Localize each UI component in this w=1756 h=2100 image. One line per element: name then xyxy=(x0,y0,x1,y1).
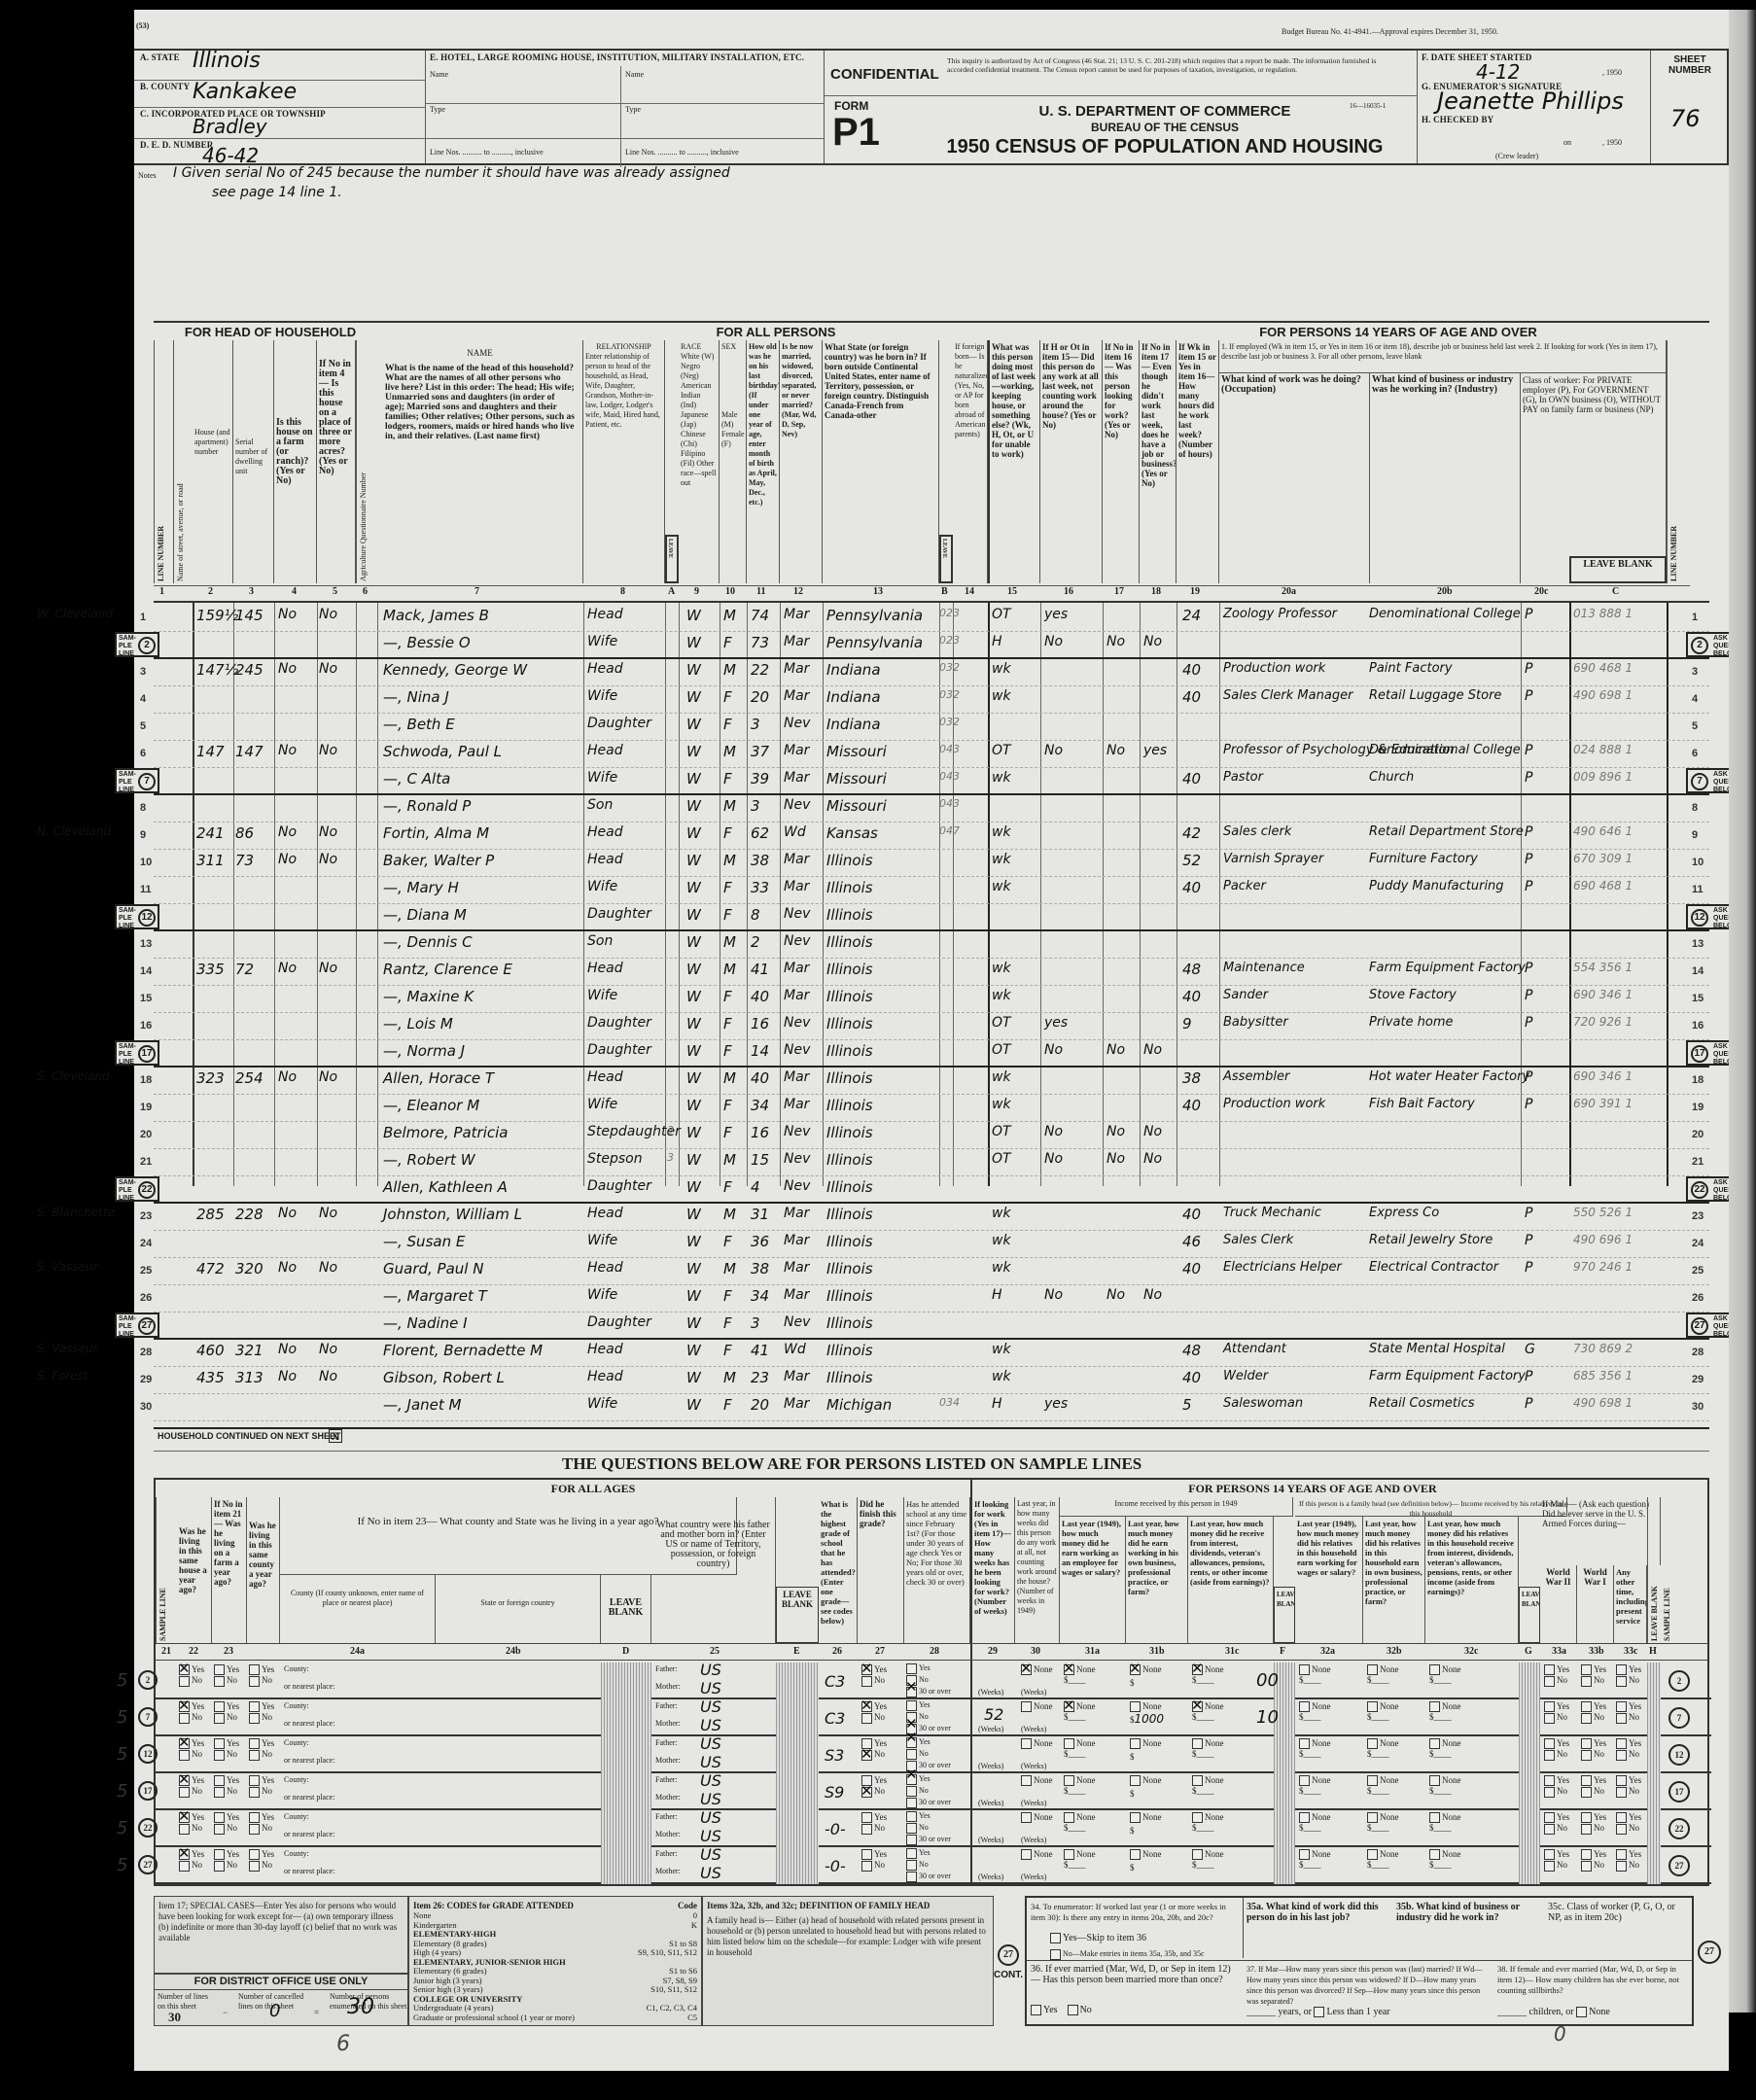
sample-column-number: D xyxy=(622,1646,629,1657)
house-number: 147 xyxy=(196,743,225,760)
street-name: N. Cleveland xyxy=(37,824,111,838)
county-yes-checkbox[interactable] xyxy=(249,1849,260,1860)
ww2-no-checkbox[interactable] xyxy=(1544,1750,1555,1761)
farm-answer: No xyxy=(278,1342,297,1357)
sample-column-number: 28 xyxy=(930,1646,939,1657)
class-of-worker: P xyxy=(1525,607,1532,622)
line-number-left: 3 xyxy=(140,666,146,678)
person-name: Allen, Horace T xyxy=(383,1069,494,1087)
class-of-worker: P xyxy=(1525,852,1532,867)
other-income-none-checkbox[interactable] xyxy=(1192,1849,1203,1860)
relatives-business-none-checkbox[interactable] xyxy=(1367,1812,1378,1823)
serial-number: 72 xyxy=(235,961,254,978)
line-number-left: 1 xyxy=(140,612,146,623)
ed-value: 46-42 xyxy=(202,144,259,167)
street-name: S. Forest xyxy=(37,1369,88,1382)
birthplace: Illinois xyxy=(826,1342,873,1359)
farm-no-checkbox[interactable] xyxy=(214,1713,225,1724)
ww2-no-checkbox[interactable] xyxy=(1544,1861,1555,1872)
county-no-checkbox[interactable] xyxy=(249,1861,260,1872)
same-house-yes-checkbox[interactable] xyxy=(179,1812,190,1823)
leave-blank-d xyxy=(601,1847,651,1884)
q38-none-checkbox[interactable] xyxy=(1576,2007,1587,2017)
school-no-checkbox[interactable] xyxy=(906,1786,917,1797)
code-c: 685 356 1 xyxy=(1573,1369,1633,1382)
school-no-checkbox[interactable] xyxy=(906,1823,917,1834)
person-name: Guard, Paul N xyxy=(383,1260,483,1277)
activity-last-week: wk xyxy=(992,824,1011,840)
activity-last-week: wk xyxy=(992,1206,1011,1221)
relatives-business-none-checkbox[interactable] xyxy=(1367,1849,1378,1860)
finished-no-checkbox[interactable] xyxy=(861,1676,872,1687)
school-yes-checkbox[interactable] xyxy=(906,1737,917,1748)
occupation: Production work xyxy=(1223,1097,1325,1111)
column-number-row: 1 2 3 4 5 6 7 8 A 9 10 11 12 13 B 14 15 … xyxy=(154,585,1690,603)
ww1-no-checkbox[interactable] xyxy=(1581,1676,1592,1687)
weeks-worked-none-checkbox[interactable] xyxy=(1021,1664,1032,1675)
code-c: 690 346 1 xyxy=(1573,1069,1633,1083)
q36-yes-checkbox[interactable] xyxy=(1031,2005,1041,2015)
ww2-yes-checkbox[interactable] xyxy=(1544,1775,1555,1786)
birthplace: Illinois xyxy=(826,1287,873,1305)
same-house-no-checkbox[interactable] xyxy=(179,1676,190,1687)
relatives-other-none-checkbox[interactable] xyxy=(1429,1775,1440,1786)
ww1-no-checkbox[interactable] xyxy=(1581,1713,1592,1724)
sample-line-circle: 12 xyxy=(138,1744,158,1764)
did-any-work: No xyxy=(1044,634,1063,649)
ww2-yes-checkbox[interactable] xyxy=(1544,1849,1555,1860)
race: W xyxy=(686,688,701,706)
relatives-other-none-checkbox[interactable] xyxy=(1429,1738,1440,1749)
sex: F xyxy=(723,770,732,787)
relationship: Wife xyxy=(587,770,617,786)
age: 31 xyxy=(751,1206,769,1223)
marital-status: Mar xyxy=(784,1260,809,1276)
activity-last-week: wk xyxy=(992,770,1011,786)
race: W xyxy=(686,1042,701,1060)
sample-line-tag: SAM-PLELINE2 xyxy=(115,632,159,657)
county-yes-checkbox[interactable] xyxy=(249,1775,260,1786)
wages-none-checkbox[interactable] xyxy=(1064,1738,1074,1749)
county-no-checkbox[interactable] xyxy=(249,1713,260,1724)
form-title: 1950 CENSUS OF POPULATION AND HOUSING xyxy=(941,136,1388,158)
sample-line-circle: 27 xyxy=(138,1855,158,1874)
industry: Farm Equipment Factory xyxy=(1369,1369,1526,1383)
has-job: No xyxy=(1143,1124,1162,1139)
wages-none-checkbox[interactable] xyxy=(1064,1775,1074,1786)
person-name: Rantz, Clarence E xyxy=(383,961,512,978)
margin-mark-right: 0 xyxy=(1554,2022,1566,2046)
other-service-no-checkbox[interactable] xyxy=(1616,1676,1627,1687)
industry: Retail Luggage Store xyxy=(1369,688,1501,703)
person-name: Schwoda, Paul L xyxy=(383,743,502,760)
acres-answer: No xyxy=(319,1260,337,1276)
same-house-yes-checkbox[interactable] xyxy=(179,1775,190,1786)
ww1-no-checkbox[interactable] xyxy=(1581,1824,1592,1835)
race: W xyxy=(686,1396,701,1414)
q34-yes-checkbox[interactable] xyxy=(1050,1933,1061,1943)
birthplace: Indiana xyxy=(826,716,881,733)
same-house-no-checkbox[interactable] xyxy=(179,1713,190,1724)
acres-answer: No xyxy=(319,852,337,867)
ww2-yes-checkbox[interactable] xyxy=(1544,1664,1555,1675)
school-30-over-checkbox[interactable] xyxy=(906,1687,917,1697)
finished-no-checkbox[interactable] xyxy=(861,1861,872,1872)
code-c: 024 888 1 xyxy=(1573,743,1633,756)
person-name: —, Susan E xyxy=(383,1233,465,1250)
sample-line-circle-right: 22 xyxy=(1668,1818,1690,1839)
ww1-yes-checkbox[interactable] xyxy=(1581,1664,1592,1675)
sample-line-circle: 2 xyxy=(138,1670,158,1690)
table-row: 2SAM-PLELINE2ASKQUES.BELOW2—, Bessie OWi… xyxy=(154,632,1709,659)
line-number-left: 23 xyxy=(140,1210,152,1222)
sample-line-tag: SAM-PLELINE27 xyxy=(115,1312,159,1338)
same-house-no-checkbox[interactable] xyxy=(179,1861,190,1872)
farm-yes-checkbox[interactable] xyxy=(214,1664,225,1675)
questions-34-38: 34. To enumerator: If worked last year (… xyxy=(1025,1896,1694,2026)
person-name: —, Bessie O xyxy=(383,634,471,651)
ww2-no-checkbox[interactable] xyxy=(1544,1713,1555,1724)
other-service-yes-checkbox[interactable] xyxy=(1616,1738,1627,1749)
table-row: 44—, Nina JWifeWF20MarIndiana032wk40Sale… xyxy=(154,686,1709,714)
relatives-wages-none-checkbox[interactable] xyxy=(1299,1812,1310,1823)
sample-line-circle: 22 xyxy=(138,1818,158,1837)
own-business-none-checkbox[interactable] xyxy=(1130,1738,1141,1749)
other-income-none-checkbox[interactable] xyxy=(1192,1664,1203,1675)
wages-none-checkbox[interactable] xyxy=(1064,1812,1074,1823)
relatives-wages-none-checkbox[interactable] xyxy=(1299,1849,1310,1860)
finished-no-checkbox[interactable] xyxy=(861,1787,872,1798)
cont-circle: 27 xyxy=(998,1944,1019,1966)
relationship: Wife xyxy=(587,1233,617,1248)
farm-no-checkbox[interactable] xyxy=(214,1787,225,1798)
farm-yes-checkbox[interactable] xyxy=(214,1775,225,1786)
line-number: 29 xyxy=(1692,1374,1703,1385)
industry: Church xyxy=(1369,770,1414,785)
farm-yes-checkbox[interactable] xyxy=(214,1701,225,1712)
ww1-yes-checkbox[interactable] xyxy=(1581,1738,1592,1749)
ww2-no-checkbox[interactable] xyxy=(1544,1787,1555,1798)
other-service-no-checkbox[interactable] xyxy=(1616,1824,1627,1835)
q36-no-checkbox[interactable] xyxy=(1068,2005,1078,2015)
occupation: Electricians Helper xyxy=(1223,1260,1342,1275)
relatives-wages-none-checkbox[interactable] xyxy=(1299,1701,1310,1712)
relatives-other-none-checkbox[interactable] xyxy=(1429,1849,1440,1860)
school-no-checkbox[interactable] xyxy=(906,1749,917,1760)
farm-no-checkbox[interactable] xyxy=(214,1861,225,1872)
ww2-yes-checkbox[interactable] xyxy=(1544,1812,1555,1823)
relationship: Head xyxy=(587,824,623,840)
school-30-over-checkbox[interactable] xyxy=(906,1872,917,1882)
line-number: 24 xyxy=(1692,1238,1703,1249)
county-no-checkbox[interactable] xyxy=(249,1676,260,1687)
sample-column-numbers: 21222324a24bD25E262728293031a31b31cF32a3… xyxy=(156,1643,1707,1661)
race: W xyxy=(686,1178,701,1196)
county-yes-checkbox[interactable] xyxy=(249,1738,260,1749)
person-name: —, Mary H xyxy=(383,879,459,896)
person-name: —, Nina J xyxy=(383,688,449,706)
relationship: Son xyxy=(587,797,613,813)
sample-line-circle: 7 xyxy=(138,1707,158,1727)
sex: F xyxy=(723,1097,732,1114)
age: 4 xyxy=(751,1178,760,1196)
occupation: Production work xyxy=(1223,661,1325,676)
sex: M xyxy=(723,1369,736,1386)
finished-yes-checkbox[interactable] xyxy=(861,1849,872,1860)
enumerated-count: 30 xyxy=(347,2002,374,2012)
household-continued-checkbox[interactable]: X xyxy=(329,1429,342,1443)
other-income-none-checkbox[interactable] xyxy=(1192,1701,1203,1712)
same-house-yes-checkbox[interactable] xyxy=(179,1701,190,1712)
column-headers: FOR HEAD OF HOUSEHOLD FOR ALL PERSONS FO… xyxy=(154,321,1709,603)
budget-note: Budget Bureau No. 41-4941.—Approval expi… xyxy=(1282,27,1498,37)
county-no-checkbox[interactable] xyxy=(249,1787,260,1798)
relatives-wages-none-checkbox[interactable] xyxy=(1299,1664,1310,1675)
sample-table: FOR ALL AGES FOR PERSONS 14 YEARS OF AGE… xyxy=(154,1478,1709,1886)
other-income-none-checkbox[interactable] xyxy=(1192,1775,1203,1786)
code-c: 490 696 1 xyxy=(1573,1233,1633,1246)
birthplace: Missouri xyxy=(826,743,887,760)
race: W xyxy=(686,1314,701,1332)
finished-no-checkbox[interactable] xyxy=(861,1750,872,1761)
birthplace: Pennsylvania xyxy=(826,634,923,651)
same-house-yes-checkbox[interactable] xyxy=(179,1664,190,1675)
has-job: No xyxy=(1143,1042,1162,1058)
sex: M xyxy=(723,607,736,624)
same-house-no-checkbox[interactable] xyxy=(179,1824,190,1835)
farm-yes-checkbox[interactable] xyxy=(214,1738,225,1749)
own-business-none-checkbox[interactable] xyxy=(1130,1775,1141,1786)
relatives-business-none-checkbox[interactable] xyxy=(1367,1664,1378,1675)
sheet-number: 76 xyxy=(1670,105,1701,132)
other-service-no-checkbox[interactable] xyxy=(1616,1787,1627,1798)
line-number-left: 10 xyxy=(140,857,152,868)
race: W xyxy=(686,1015,701,1032)
relatives-business-none-checkbox[interactable] xyxy=(1367,1775,1378,1786)
q34-no-checkbox[interactable] xyxy=(1050,1949,1061,1960)
leave-blank-g xyxy=(1519,1810,1540,1847)
sample-column-number: 30 xyxy=(1031,1646,1040,1657)
house-number: 335 xyxy=(196,961,225,978)
activity-last-week: OT xyxy=(992,607,1011,622)
relatives-wages-none-checkbox[interactable] xyxy=(1299,1738,1310,1749)
farm-no-checkbox[interactable] xyxy=(214,1676,225,1687)
own-business-none-checkbox[interactable] xyxy=(1130,1701,1141,1712)
farm-no-checkbox[interactable] xyxy=(214,1824,225,1835)
ww1-yes-checkbox[interactable] xyxy=(1581,1849,1592,1860)
ww2-no-checkbox[interactable] xyxy=(1544,1676,1555,1687)
sex: M xyxy=(723,1151,736,1169)
marital-status: Mar xyxy=(784,1233,809,1248)
relatives-other-none-checkbox[interactable] xyxy=(1429,1664,1440,1675)
county-no-checkbox[interactable] xyxy=(249,1750,260,1761)
relationship: Daughter xyxy=(587,906,651,922)
sex: F xyxy=(723,1342,732,1359)
activity-last-week: wk xyxy=(992,1369,1011,1384)
code-f: 10 xyxy=(1256,1707,1279,1728)
activity-last-week: OT xyxy=(992,1124,1011,1139)
leave-blank-e xyxy=(776,1847,819,1884)
school-yes-checkbox[interactable] xyxy=(906,1848,917,1859)
weeks-worked-none-checkbox[interactable] xyxy=(1021,1775,1032,1786)
marital-status: Mar xyxy=(784,634,809,649)
industry: Denominational College xyxy=(1369,743,1521,757)
relationship: Daughter xyxy=(587,1178,651,1194)
table-row: 27SAM-PLELINE27ASKQUES.BELOW27—, Nadine … xyxy=(154,1312,1709,1340)
street-name: S. Cleveland xyxy=(37,1069,110,1083)
class-of-worker: P xyxy=(1525,1233,1532,1248)
school-yes-checkbox[interactable] xyxy=(906,1811,917,1822)
leave-blank-d xyxy=(601,1773,651,1810)
county-yes-checkbox[interactable] xyxy=(249,1701,260,1712)
hours-worked: 5 xyxy=(1182,1396,1192,1414)
class-of-worker: P xyxy=(1525,1260,1532,1276)
other-service-yes-checkbox[interactable] xyxy=(1616,1812,1627,1823)
ww2-yes-checkbox[interactable] xyxy=(1544,1701,1555,1712)
sample-column-number: 33b xyxy=(1589,1646,1604,1657)
own-business-none-checkbox[interactable] xyxy=(1130,1849,1141,1860)
margin-mark: 5 xyxy=(117,1818,127,1838)
class-of-worker: P xyxy=(1525,1097,1532,1112)
age: 73 xyxy=(751,634,769,651)
other-service-yes-checkbox[interactable] xyxy=(1616,1849,1627,1860)
line-number-left: 8 xyxy=(140,802,146,814)
county-no-checkbox[interactable] xyxy=(249,1824,260,1835)
age: 3 xyxy=(751,1314,760,1332)
class-of-worker: P xyxy=(1525,1396,1532,1412)
finished-yes-checkbox[interactable] xyxy=(861,1812,872,1823)
other-service-no-checkbox[interactable] xyxy=(1616,1713,1627,1724)
other-income-none-checkbox[interactable] xyxy=(1192,1738,1203,1749)
occupation: Varnish Sprayer xyxy=(1223,852,1323,866)
age: 3 xyxy=(751,716,760,733)
sample-line-circle-right: 27 xyxy=(1668,1855,1690,1876)
ww1-yes-checkbox[interactable] xyxy=(1581,1775,1592,1786)
line-number-left: 18 xyxy=(140,1074,152,1086)
ww1-yes-checkbox[interactable] xyxy=(1581,1701,1592,1712)
other-income-none-checkbox[interactable] xyxy=(1192,1812,1203,1823)
weeks-worked-none-checkbox[interactable] xyxy=(1021,1738,1032,1749)
finished-no-checkbox[interactable] xyxy=(861,1824,872,1835)
relationship: Head xyxy=(587,1369,623,1384)
hours-worked: 52 xyxy=(1182,852,1201,869)
ww1-no-checkbox[interactable] xyxy=(1581,1787,1592,1798)
table-row: 1919—, Eleanor MWifeWF34MarIllinoiswk40P… xyxy=(154,1095,1709,1122)
relatives-wages-none-checkbox[interactable] xyxy=(1299,1775,1310,1786)
other-service-no-checkbox[interactable] xyxy=(1616,1750,1627,1761)
birthplace: Illinois xyxy=(826,1124,873,1141)
school-yes-checkbox[interactable] xyxy=(906,1700,917,1711)
table-row: 2626—, Margaret TWifeWF34MarIllinoisHNoN… xyxy=(154,1285,1709,1312)
birthplace: Illinois xyxy=(826,1097,873,1114)
ww1-no-checkbox[interactable] xyxy=(1581,1861,1592,1872)
finished-no-checkbox[interactable] xyxy=(861,1713,872,1724)
wages-none-checkbox[interactable] xyxy=(1064,1849,1074,1860)
other-service-yes-checkbox[interactable] xyxy=(1616,1775,1627,1786)
ww2-no-checkbox[interactable] xyxy=(1544,1824,1555,1835)
same-house-no-checkbox[interactable] xyxy=(179,1750,190,1761)
table-row: 11W. Cleveland159½145NoNoMack, James BHe… xyxy=(154,605,1709,632)
household-continued-label: HOUSEHOLD CONTINUED ON NEXT SHEET xyxy=(158,1431,341,1441)
weeks-worked-none-checkbox[interactable] xyxy=(1021,1812,1032,1823)
house-number: 285 xyxy=(196,1206,225,1223)
has-job: yes xyxy=(1143,743,1167,758)
school-30-over-checkbox[interactable] xyxy=(906,1835,917,1845)
farm-answer: No xyxy=(278,607,297,622)
line-number-left: 14 xyxy=(140,965,152,977)
weeks-worked-none-checkbox[interactable] xyxy=(1021,1701,1032,1712)
farm-yes-checkbox[interactable] xyxy=(214,1849,225,1860)
school-yes-checkbox[interactable] xyxy=(906,1774,917,1785)
ww1-yes-checkbox[interactable] xyxy=(1581,1812,1592,1823)
marital-status: Mar xyxy=(784,1206,809,1221)
leave-blank-g xyxy=(1519,1662,1540,1699)
line-number: 21 xyxy=(1692,1156,1703,1168)
age: 3 xyxy=(751,797,760,815)
line-number: 8 xyxy=(1692,802,1698,814)
relatives-business-none-checkbox[interactable] xyxy=(1367,1738,1378,1749)
own-business-none-checkbox[interactable] xyxy=(1130,1664,1141,1675)
farm-yes-checkbox[interactable] xyxy=(214,1812,225,1823)
relatives-other-none-checkbox[interactable] xyxy=(1429,1701,1440,1712)
age: 39 xyxy=(751,770,769,787)
own-business-none-checkbox[interactable] xyxy=(1130,1812,1141,1823)
same-house-yes-checkbox[interactable] xyxy=(179,1849,190,1860)
school-yes-checkbox[interactable] xyxy=(906,1663,917,1674)
leave-blank-g xyxy=(1519,1773,1540,1810)
marital-status: Mar xyxy=(784,1396,809,1412)
wages-none-checkbox[interactable] xyxy=(1064,1664,1074,1675)
farm-no-checkbox[interactable] xyxy=(214,1750,225,1761)
industry: Denominational College xyxy=(1369,607,1521,621)
other-service-yes-checkbox[interactable] xyxy=(1616,1701,1627,1712)
state-value: Illinois xyxy=(193,49,261,73)
school-no-checkbox[interactable] xyxy=(906,1860,917,1871)
table-row: 2424—, Susan EWifeWF36MarIllinoiswk46Sal… xyxy=(154,1231,1709,1258)
school-30-over-checkbox[interactable] xyxy=(906,1798,917,1808)
weeks-worked-none-checkbox[interactable] xyxy=(1021,1849,1032,1860)
same-house-yes-checkbox[interactable] xyxy=(179,1738,190,1749)
age: 38 xyxy=(751,1260,769,1277)
ww1-no-checkbox[interactable] xyxy=(1581,1750,1592,1761)
finished-yes-checkbox[interactable] xyxy=(861,1664,872,1675)
same-house-no-checkbox[interactable] xyxy=(179,1787,190,1798)
county-yes-checkbox[interactable] xyxy=(249,1664,260,1675)
activity-last-week: wk xyxy=(992,1260,1011,1276)
q37-less-checkbox[interactable] xyxy=(1314,2007,1324,2017)
looking-for-work: No xyxy=(1106,743,1125,758)
county-yes-checkbox[interactable] xyxy=(249,1812,260,1823)
finished-yes-checkbox[interactable] xyxy=(861,1701,872,1712)
leave-blank-h xyxy=(1647,1847,1661,1884)
activity-last-week: wk xyxy=(992,852,1011,867)
other-service-no-checkbox[interactable] xyxy=(1616,1861,1627,1872)
has-job: No xyxy=(1143,1151,1162,1167)
grade-codes-box: Item 26: CODES for GRADE ATTENDEDCode No… xyxy=(408,1896,702,2026)
line-number-left: 13 xyxy=(140,938,152,950)
ww2-yes-checkbox[interactable] xyxy=(1544,1738,1555,1749)
person-name: —, Maxine K xyxy=(383,988,474,1005)
person-name: —, Norma J xyxy=(383,1042,465,1060)
line-number: 3 xyxy=(1692,666,1698,678)
line-number: 26 xyxy=(1692,1292,1703,1304)
wages-none-checkbox[interactable] xyxy=(1064,1701,1074,1712)
other-service-yes-checkbox[interactable] xyxy=(1616,1664,1627,1675)
relatives-other-none-checkbox[interactable] xyxy=(1429,1812,1440,1823)
relatives-business-none-checkbox[interactable] xyxy=(1367,1701,1378,1712)
table-row: 7SAM-PLELINE7ASKQUES.BELOW7—, C AltaWife… xyxy=(154,768,1709,795)
line-number-left: 25 xyxy=(140,1265,152,1277)
